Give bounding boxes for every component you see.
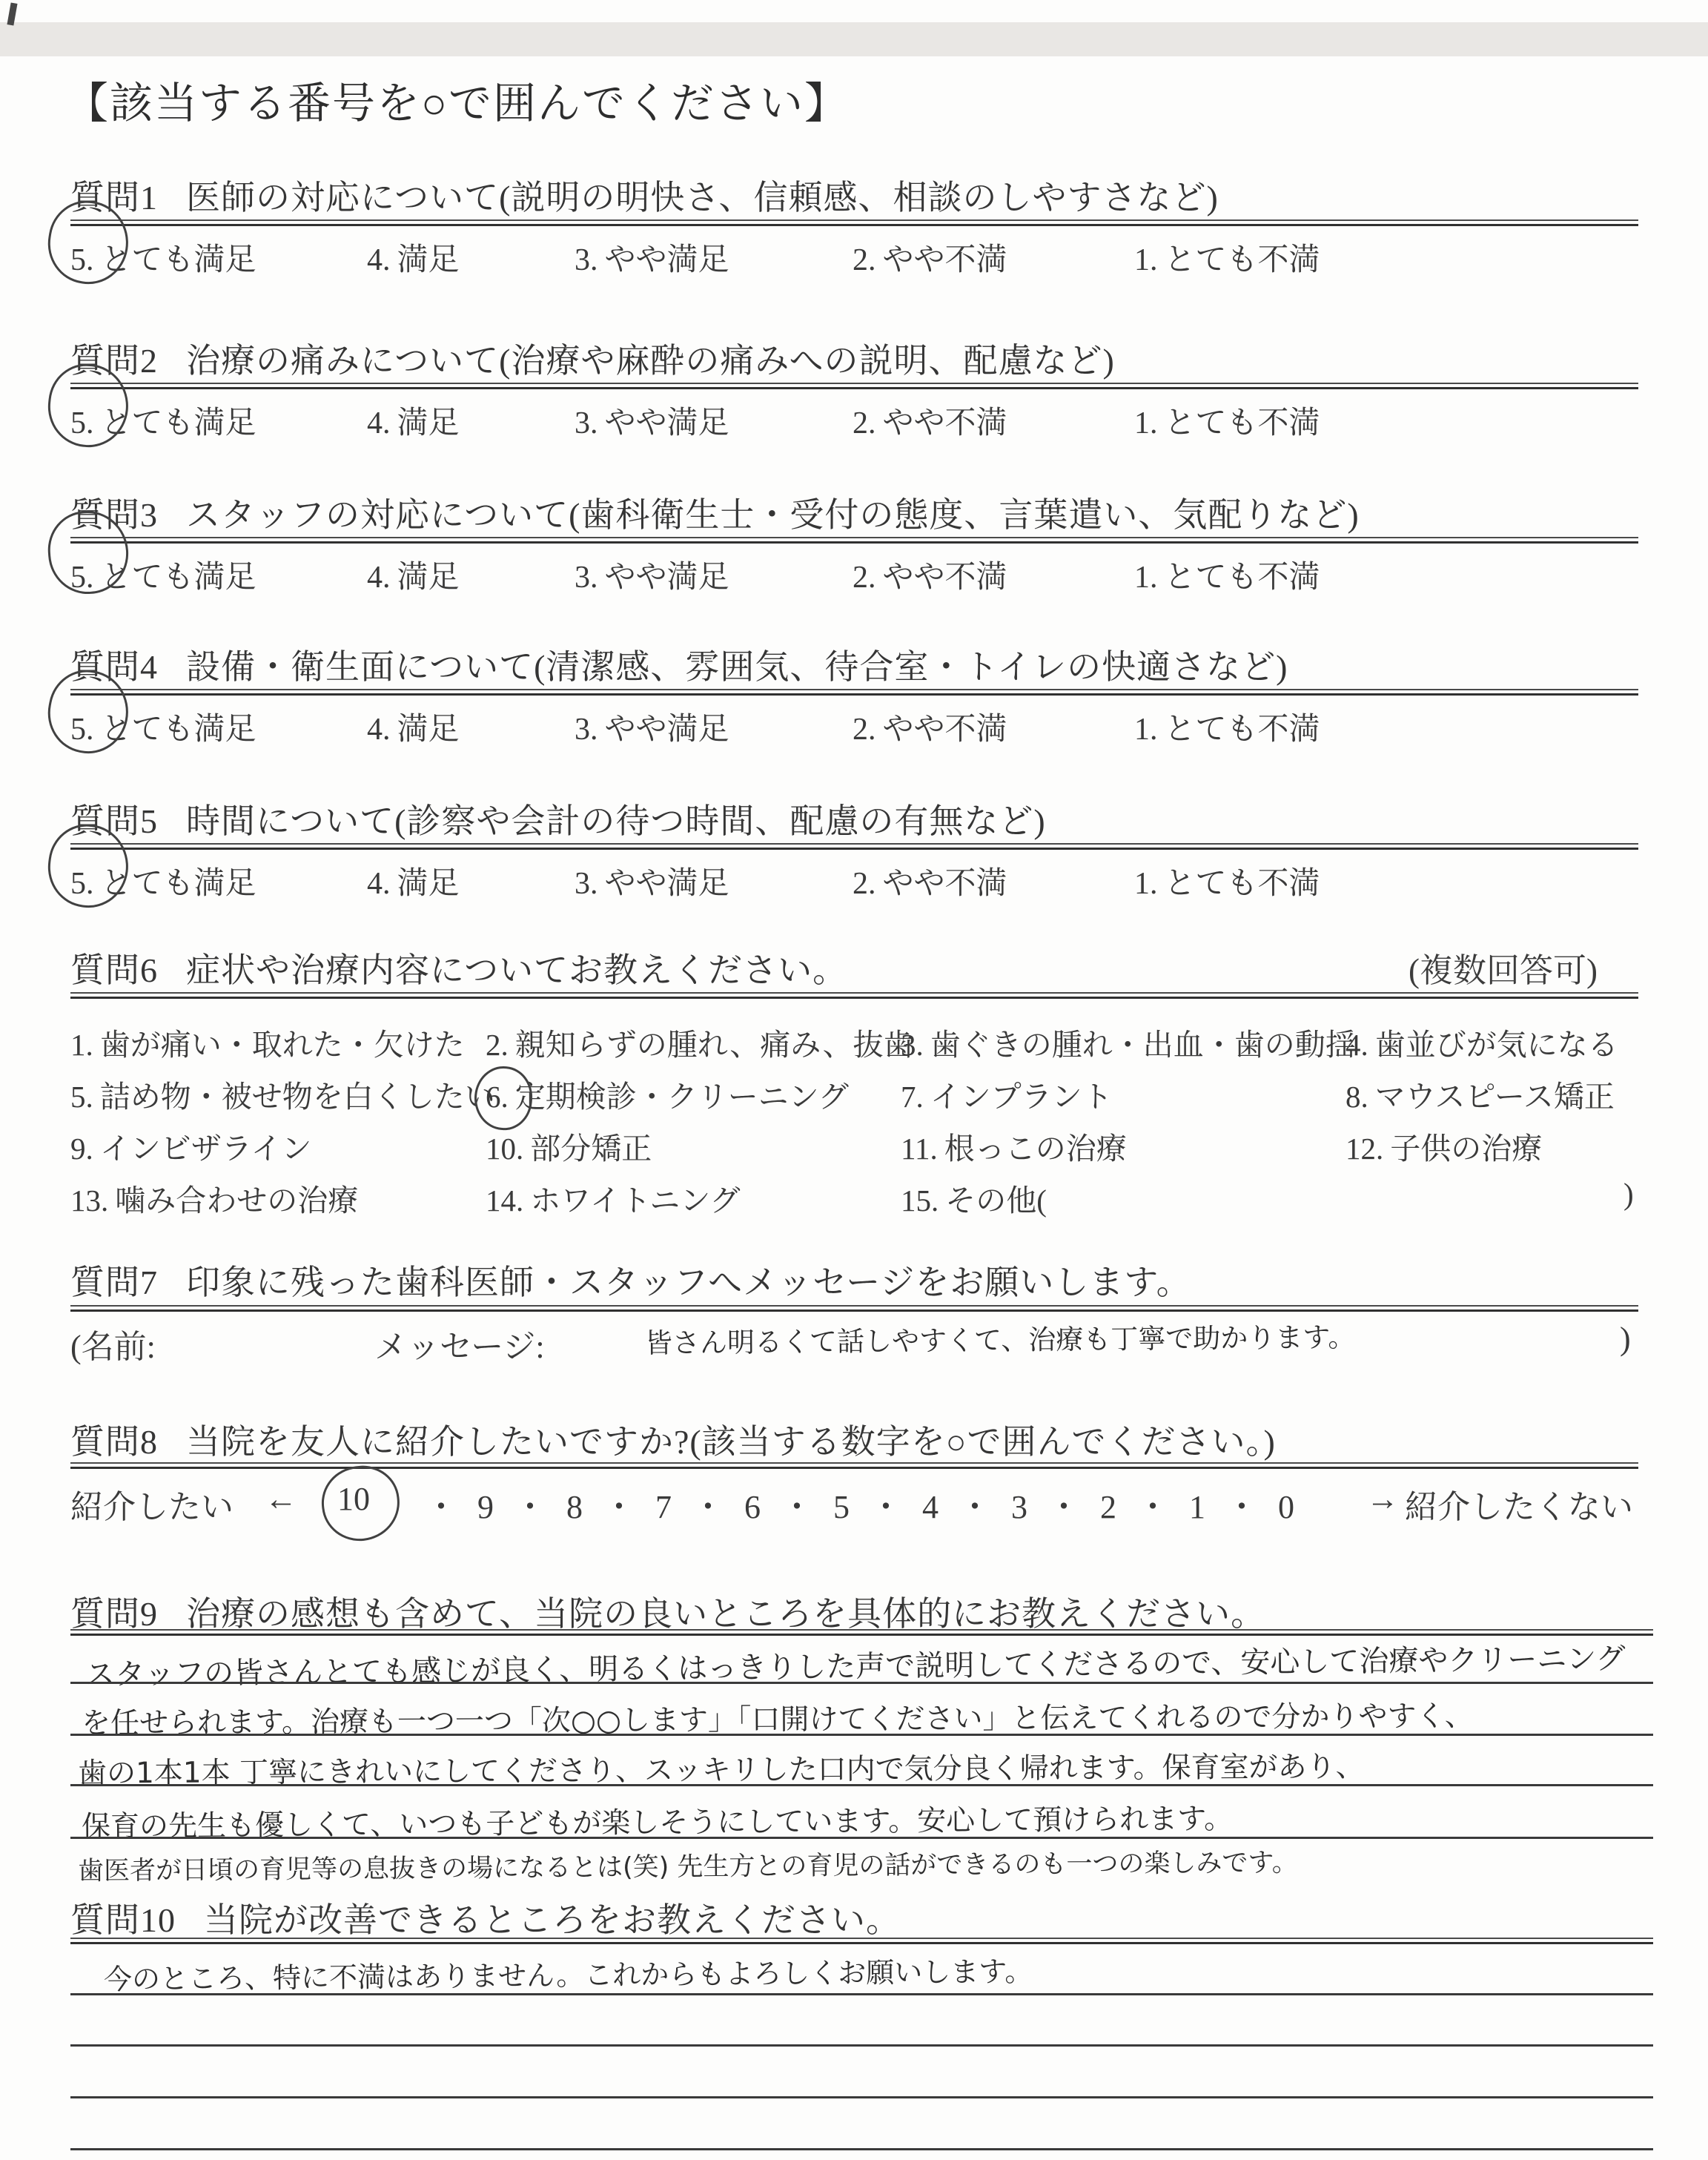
nps-scale-values: ・ 9 ・ 8 ・ 7 ・ 6 ・ 5 ・ 4 ・ 3 ・ 2 ・ 1 ・ 0 — [425, 1480, 1295, 1527]
divider — [70, 992, 1638, 999]
divider — [70, 383, 1638, 389]
scale-right-label: 紹介したくない — [1405, 1480, 1633, 1527]
q6-option-12: 12.子供の治療 — [1345, 1124, 1542, 1168]
option-very-satisfied: 5.とても満足 — [70, 552, 256, 597]
q6-option-4: 4.歯並びが気になる — [1345, 1020, 1618, 1064]
scan-artifact-band — [0, 22, 1708, 56]
q6-other-close-paren: ) — [1623, 1176, 1634, 1212]
option-somewhat-dissatisfied: 2.やや不満 — [853, 235, 1007, 280]
ruled-line — [70, 1837, 1653, 1839]
scanned-survey-page: 【該当する番号を○で囲んでください】 質問1医師の対応について(説明の明快さ、信… — [0, 0, 1708, 2160]
option-somewhat-satisfied: 3.やや満足 — [575, 552, 729, 597]
question-2-options: 5.とても満足 4.満足 3.やや満足 2.やや不満 1.とても不満 — [70, 398, 1638, 443]
question-8-label: 質問8 — [70, 1423, 158, 1461]
q6-option-2: 2.親知らずの腫れ、痛み、抜歯 — [486, 1020, 914, 1064]
question-7-section: 質問7印象に残った歯科医師・スタッフへメッセージをお願いします。 (名前: メッ… — [70, 1255, 1638, 1374]
divider — [70, 1462, 1638, 1469]
question-9-section: 質問9治療の感想も含めて、当院の良いところを具体的にお教えください。 スタッフの… — [70, 1587, 1638, 1898]
option-somewhat-dissatisfied: 2.やや不満 — [853, 398, 1007, 443]
divider — [70, 1938, 1653, 1944]
ruled-line — [70, 2096, 1653, 2098]
page-title: 【該当する番号を○で囲んでください】 — [65, 68, 849, 131]
question-9-title: 治療の感想も含めて、当院の良いところを具体的にお教えください。 — [186, 1595, 1265, 1633]
scale-left-label: 紹介したい — [70, 1480, 234, 1527]
ruled-line — [70, 1734, 1653, 1736]
question-6-header: 質問6症状や治療内容についてお教えください。 — [70, 943, 847, 992]
nps-selected-value: 10 — [337, 1480, 370, 1518]
q6-option-7: 7.インプラント — [901, 1072, 1113, 1116]
q6-option-13: 13.噛み合わせの治療 — [70, 1176, 358, 1220]
question-6-section: 質問6症状や治療内容についてお教えください。 (複数回答可) 1.歯が痛い・取れ… — [70, 943, 1638, 1269]
q6-option-1: 1.歯が痛い・取れた・欠けた — [70, 1020, 465, 1064]
ruled-line — [70, 2044, 1653, 2047]
divider — [70, 1305, 1638, 1312]
option-somewhat-dissatisfied: 2.やや不満 — [853, 859, 1007, 903]
option-satisfied: 4.満足 — [367, 398, 460, 443]
question-10-header: 質問10当院が改善できるところをお教えください。 — [70, 1893, 901, 1942]
option-very-dissatisfied: 1.とても不満 — [1134, 552, 1320, 597]
question-3-options: 5.とても満足 4.満足 3.やや満足 2.やや不満 1.とても不満 — [70, 552, 1638, 597]
message-field-label: メッセージ: — [374, 1320, 545, 1367]
q6-option-8: 8.マウスピース矯正 — [1345, 1072, 1615, 1116]
option-satisfied: 4.満足 — [367, 235, 460, 280]
question-6-title: 症状や治療内容についてお教えください。 — [186, 951, 847, 989]
right-arrow: → — [1366, 1480, 1399, 1518]
option-very-dissatisfied: 1.とても不満 — [1134, 398, 1320, 443]
nps-scale: 紹介したい ← 10 ・ 9 ・ 8 ・ 7 ・ 6 ・ 5 ・ 4 ・ 3 ・… — [70, 1480, 1638, 1547]
question-3-header: 質問3スタッフの対応について(歯科衛生士・受付の態度、言葉遣い、気配りなど) — [70, 488, 1360, 537]
divider — [70, 689, 1638, 696]
handwritten-answer-line: 歯医者が日頃の育児等の息抜きの場になるとは(笑) 先生方との育児の話ができるのも… — [78, 1842, 1298, 1887]
question-4-options: 5.とても満足 4.満足 3.やや満足 2.やや不満 1.とても不満 — [70, 704, 1638, 749]
option-very-satisfied: 5.とても満足 — [70, 859, 256, 903]
question-7-label: 質問7 — [70, 1264, 158, 1301]
option-somewhat-satisfied: 3.やや満足 — [575, 704, 729, 749]
question-7-title: 印象に残った歯科医師・スタッフへメッセージをお願いします。 — [186, 1264, 1191, 1301]
q6-option-10: 10.部分矯正 — [486, 1124, 652, 1168]
q6-option-14: 14.ホワイトニング — [486, 1176, 741, 1220]
question-6-label: 質問6 — [70, 951, 158, 989]
q6-option-9: 9.インビザライン — [70, 1124, 312, 1168]
option-very-dissatisfied: 1.とても不満 — [1134, 704, 1320, 749]
option-somewhat-satisfied: 3.やや満足 — [575, 235, 729, 280]
ruled-line — [70, 1784, 1653, 1786]
question-7-header: 質問7印象に残った歯科医師・スタッフへメッセージをお願いします。 — [70, 1255, 1191, 1304]
question-5-options: 5.とても満足 4.満足 3.やや満足 2.やや不満 1.とても不満 — [70, 859, 1638, 903]
question-10-title: 当院が改善できるところをお教えください。 — [204, 1901, 901, 1939]
divider — [70, 219, 1638, 226]
question-5-header: 質問5時間について(診察や会計の待つ時間、配慮の有無など) — [70, 794, 1046, 843]
close-paren: ) — [1620, 1320, 1631, 1358]
left-arrow: ← — [265, 1480, 297, 1518]
question-1-options: 5.とても満足 4.満足 3.やや満足 2.やや不満 1.とても不満 — [70, 235, 1638, 280]
question-8-title: 当院を友人に紹介したいですか?(該当する数字を○で囲んでください。) — [186, 1423, 1276, 1461]
divider — [70, 843, 1638, 850]
option-very-satisfied: 5.とても満足 — [70, 235, 256, 280]
option-satisfied: 4.満足 — [367, 704, 460, 749]
option-very-dissatisfied: 1.とても不満 — [1134, 859, 1320, 903]
q6-option-3: 3.歯ぐきの腫れ・出血・歯の動揺 — [901, 1020, 1356, 1064]
question-4-header: 質問4設備・衛生面について(清潔感、雰囲気、待合室・トイレの快適さなど) — [70, 640, 1288, 689]
question-2-title: 治療の痛みについて(治療や麻酔の痛みへの説明、配慮など) — [186, 342, 1115, 380]
question-4-title: 設備・衛生面について(清潔感、雰囲気、待合室・トイレの快適さなど) — [186, 648, 1288, 686]
question-10-label: 質問10 — [70, 1901, 176, 1939]
question-2-header: 質問2治療の痛みについて(治療や麻酔の痛みへの説明、配慮など) — [70, 334, 1115, 383]
option-very-dissatisfied: 1.とても不満 — [1134, 235, 1320, 280]
question-3-title: スタッフの対応について(歯科衛生士・受付の態度、言葉遣い、気配りなど) — [186, 496, 1360, 534]
option-very-satisfied: 5.とても満足 — [70, 704, 256, 749]
option-somewhat-satisfied: 3.やや満足 — [575, 398, 729, 443]
question-5-title: 時間について(診察や会計の待つ時間、配慮の有無など) — [186, 802, 1046, 840]
handwritten-answer-line: スタッフの皆さんとても感じが良く、明るくはっきりした声で説明してくださるので、安… — [85, 1635, 1626, 1694]
question-10-section: 質問10当院が改善できるところをお教えください。 今のところ、特に不満はありませ… — [70, 1893, 1638, 2156]
ruled-line — [70, 2148, 1653, 2150]
option-satisfied: 4.満足 — [367, 859, 460, 903]
question-8-section: 質問8当院を友人に紹介したいですか?(該当する数字を○で囲んでください。) 紹介… — [70, 1415, 1638, 1548]
divider — [70, 1629, 1653, 1636]
option-somewhat-dissatisfied: 2.やや不満 — [853, 552, 1007, 597]
divider — [70, 537, 1638, 544]
option-very-satisfied: 5.とても満足 — [70, 398, 256, 443]
handwritten-message: 皆さん明るくて話しやすくて、治療も丁寧で助かります。 — [645, 1315, 1356, 1361]
handwritten-answer-line: 今のところ、特に不満はありません。これからもよろしくお願いします。 — [104, 1949, 1033, 1998]
ruled-line — [70, 1993, 1653, 1995]
handwritten-selection-circle — [318, 1462, 403, 1545]
question-9-label: 質問9 — [70, 1595, 158, 1633]
ruled-line — [70, 1682, 1653, 1684]
q6-option-15: 15.その他( — [901, 1176, 1047, 1220]
q6-option-5: 5.詰め物・被せ物を白くしたい — [70, 1072, 495, 1116]
option-somewhat-satisfied: 3.やや満足 — [575, 859, 729, 903]
question-1-title: 医師の対応について(説明の明快さ、信頼感、相談のしやすさなど) — [186, 179, 1219, 217]
option-somewhat-dissatisfied: 2.やや不満 — [853, 704, 1007, 749]
option-satisfied: 4.満足 — [367, 552, 460, 597]
question-8-header: 質問8当院を友人に紹介したいですか?(該当する数字を○で囲んでください。) — [70, 1415, 1276, 1464]
q6-option-11: 11.根っこの治療 — [901, 1124, 1127, 1168]
multiple-answers-note: (複数回答可) — [1409, 943, 1598, 991]
q6-option-6: 6.定期検診・クリーニング — [486, 1072, 849, 1116]
question-1-header: 質問1医師の対応について(説明の明快さ、信頼感、相談のしやすさなど) — [70, 171, 1219, 219]
name-field-label: (名前: — [70, 1320, 156, 1367]
